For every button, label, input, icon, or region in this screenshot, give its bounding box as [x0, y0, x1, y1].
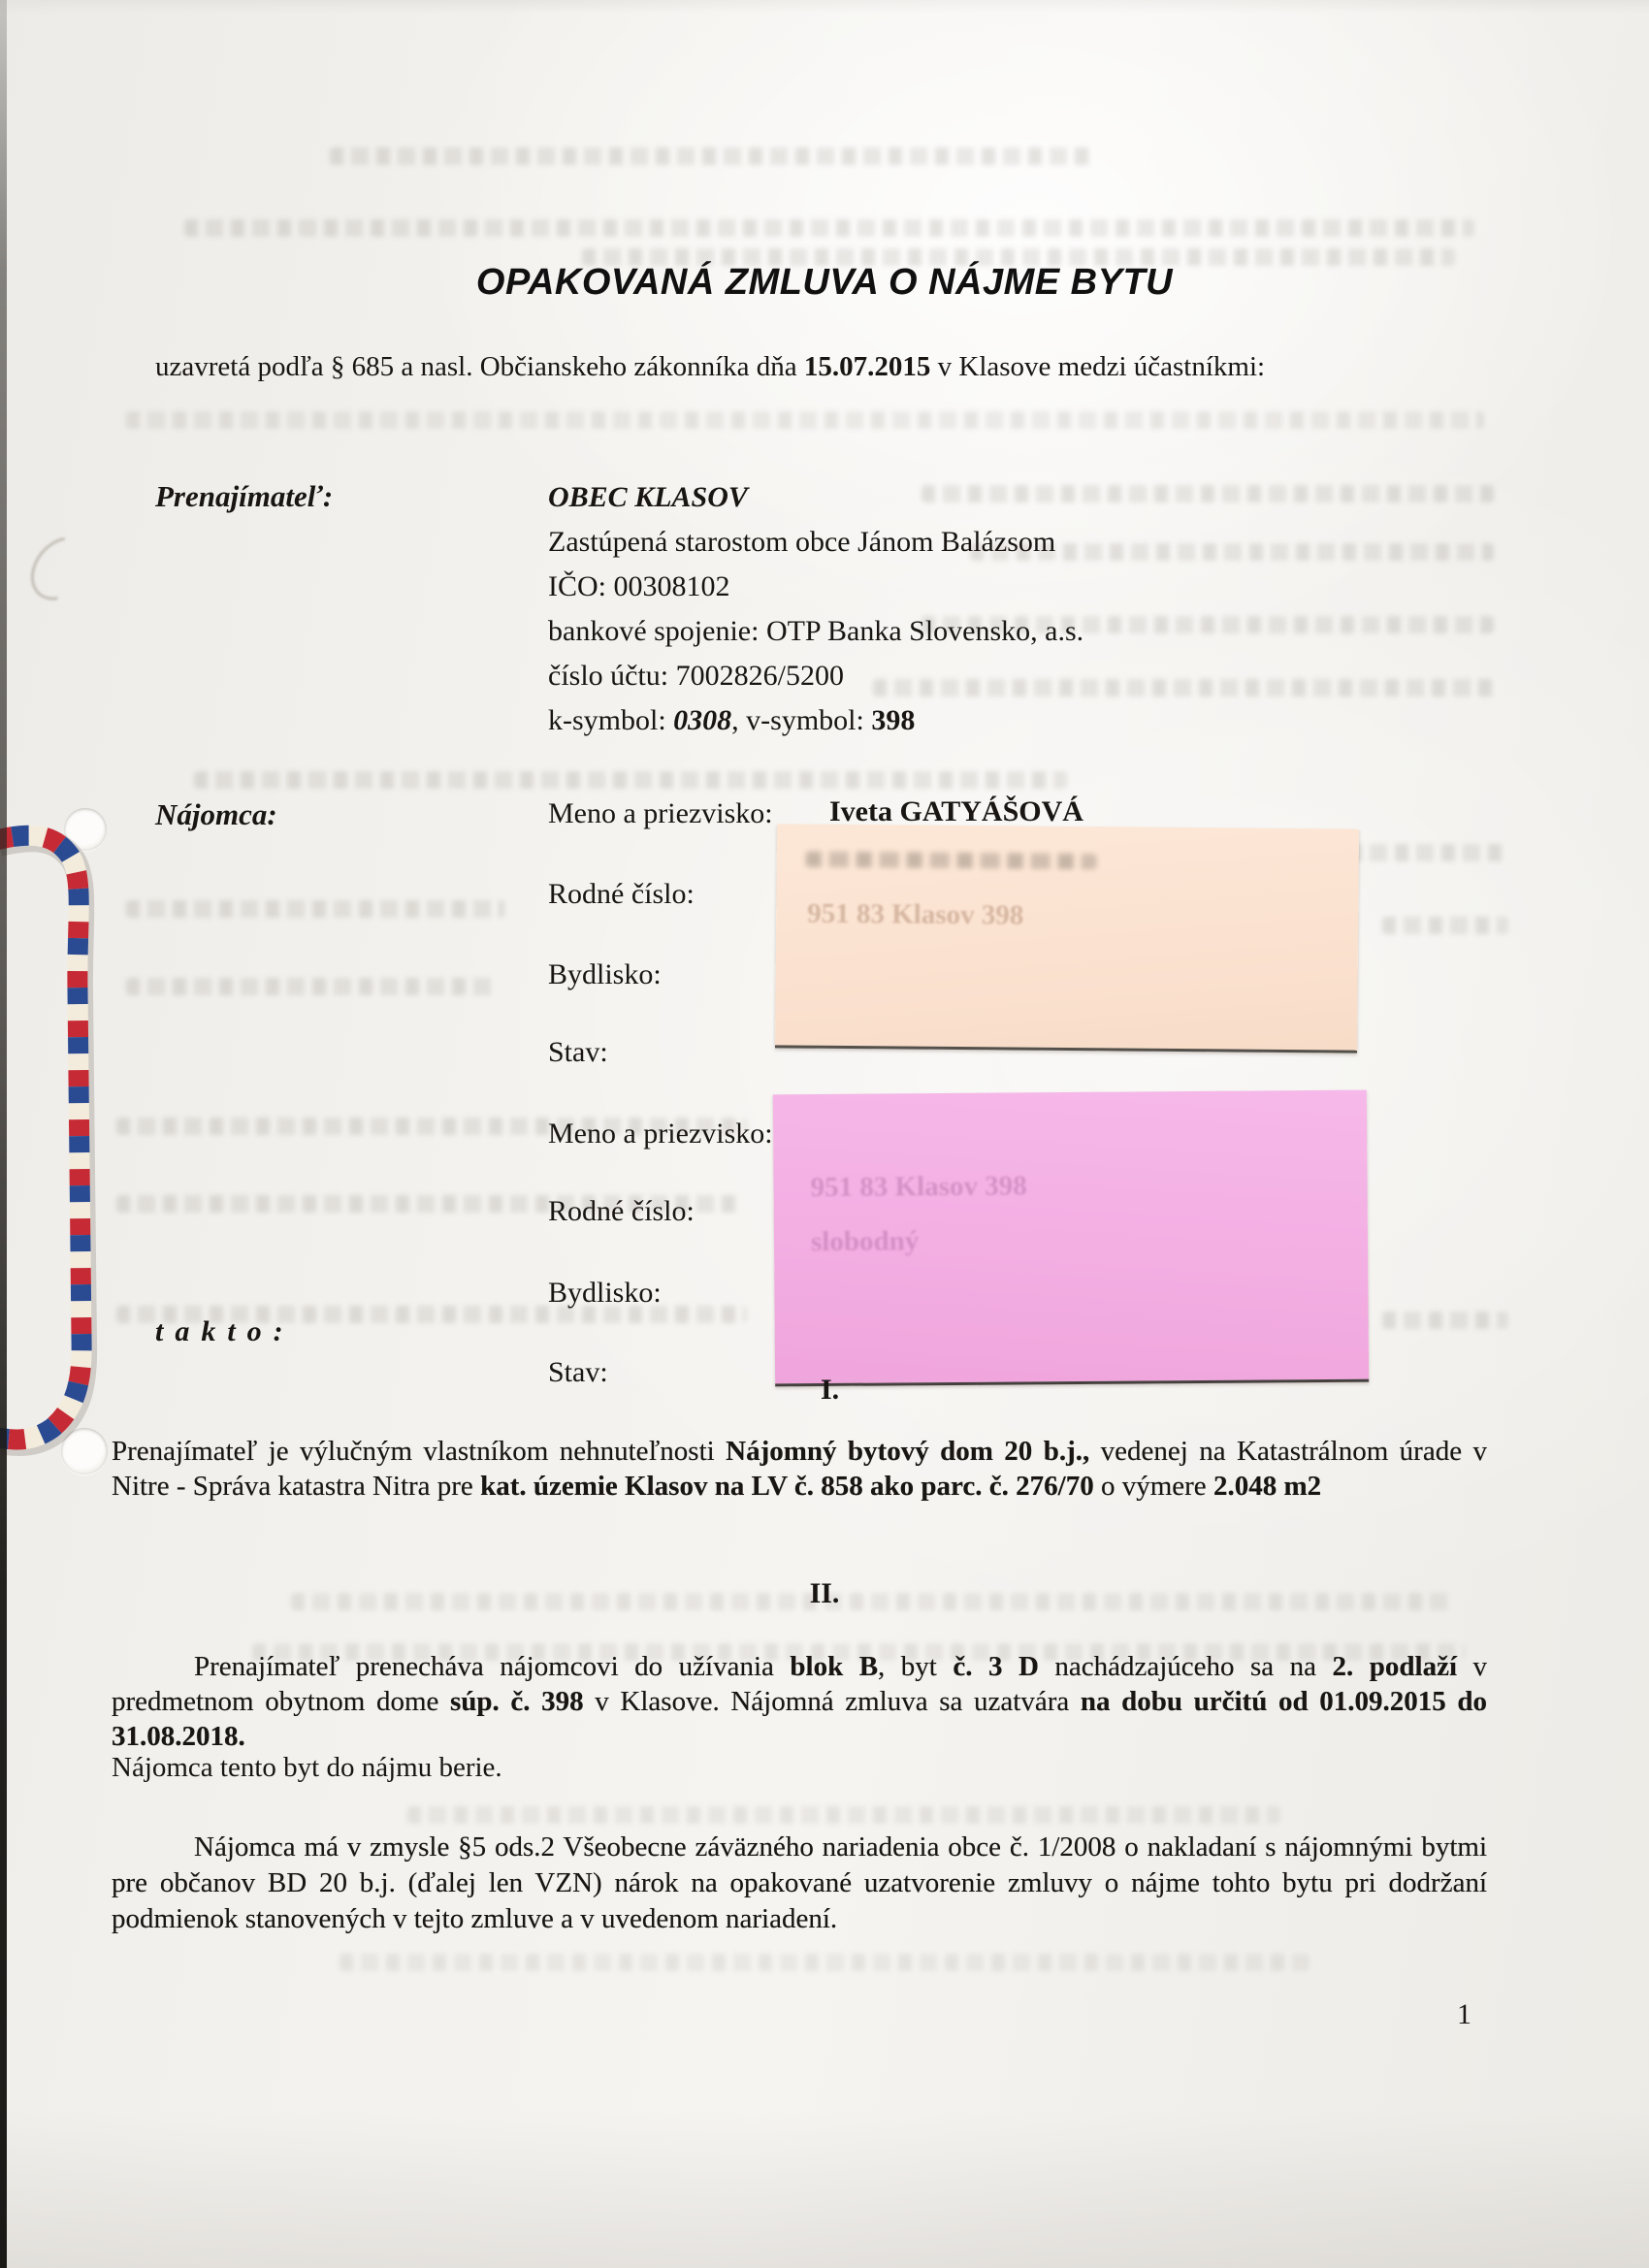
tenant1-address-label: Bydlisko:	[548, 958, 662, 991]
section2-closing-line: Nájomca tento byt do nájmu berie.	[112, 1752, 502, 1784]
tenant1-status-label: Stav:	[548, 1036, 608, 1069]
section2-number: II.	[0, 1577, 1649, 1610]
landlord-name: OBEC KLASOV	[548, 475, 1083, 520]
section2-paragraph: Prenajímateľ prenecháva nájomcovi do uží…	[112, 1649, 1487, 1754]
tenant2-address-label: Bydlisko:	[548, 1277, 662, 1310]
tenant2-birth-number-label: Rodné číslo:	[548, 1195, 695, 1228]
redaction-slip-peach: 951 83 Klasov 398	[775, 824, 1359, 1053]
landlord-symbols: k-symbol: 0308, v-symbol: 398	[548, 698, 1083, 743]
paper-crease	[18, 525, 104, 612]
tenant1-name: Iveta GATYÁŠOVÁ	[829, 795, 1083, 828]
landlord-bank: bankové spojenie: OTP Banka Slovensko, a…	[548, 609, 1083, 654]
scan-edge-shadow	[0, 0, 7, 2268]
bleedthrough-smudge	[330, 147, 1096, 165]
tenant-label: Nájomca:	[155, 797, 277, 832]
bleedthrough-smudge	[126, 978, 495, 995]
covered-address-text: 951 83 Klasov 398	[810, 1170, 1026, 1204]
scanned-contract-page: OPAKOVANÁ ZMLUVA O NÁJME BYTU uzavretá p…	[0, 0, 1649, 2268]
covered-address-text: 951 83 Klasov 398	[807, 898, 1023, 932]
bleedthrough-smudge	[1382, 1312, 1508, 1329]
tenant1-birth-number-label: Rodné číslo:	[548, 878, 695, 911]
redaction-slip-pink: 951 83 Klasov 398 slobodný	[773, 1090, 1369, 1387]
tenant2-status-label: Stav:	[548, 1356, 608, 1389]
bleedthrough-smudge	[126, 411, 1484, 429]
landlord-details: OBEC KLASOV Zastúpená starostom obce Ján…	[548, 475, 1083, 743]
section2-paragraph2: Nájomca má v zmysle §5 ods.2 Všeobecne z…	[112, 1830, 1487, 1937]
tenant1-name-label: Meno a priezvisko:	[548, 797, 773, 830]
bleedthrough-smudge	[194, 771, 1067, 789]
bleedthrough-smudge	[184, 219, 1474, 237]
tenant2-name-label: Meno a priezvisko:	[548, 1118, 773, 1150]
intro-line: uzavretá podľa § 685 a nasl. Občianskeho…	[155, 351, 1265, 383]
bleedthrough-smudge	[407, 1806, 1280, 1824]
bleedthrough-smudge	[339, 1954, 1309, 1971]
section1-number: I.	[821, 1374, 839, 1407]
bleedthrough-smudge	[126, 900, 504, 918]
document-title: OPAKOVANÁ ZMLUVA O NÁJME BYTU	[0, 262, 1649, 304]
landlord-representative: Zastúpená starostom obce Jánom Balázsom	[548, 520, 1083, 565]
redacted-smudge	[806, 852, 1097, 870]
page-number: 1	[1457, 1998, 1471, 2031]
bleedthrough-smudge	[1382, 917, 1508, 934]
landlord-ico: IČO: 00308102	[548, 565, 1083, 609]
covered-status-text: slobodný	[811, 1225, 919, 1258]
landlord-label: Prenajímateľ:	[155, 479, 333, 514]
binding-cord	[0, 795, 145, 1474]
landlord-account: číslo účtu: 7002826/5200	[548, 654, 1083, 698]
takto-label: takto:	[155, 1315, 295, 1348]
section1-paragraph: Prenajímateľ je výlučným vlastníkom nehn…	[112, 1434, 1487, 1504]
